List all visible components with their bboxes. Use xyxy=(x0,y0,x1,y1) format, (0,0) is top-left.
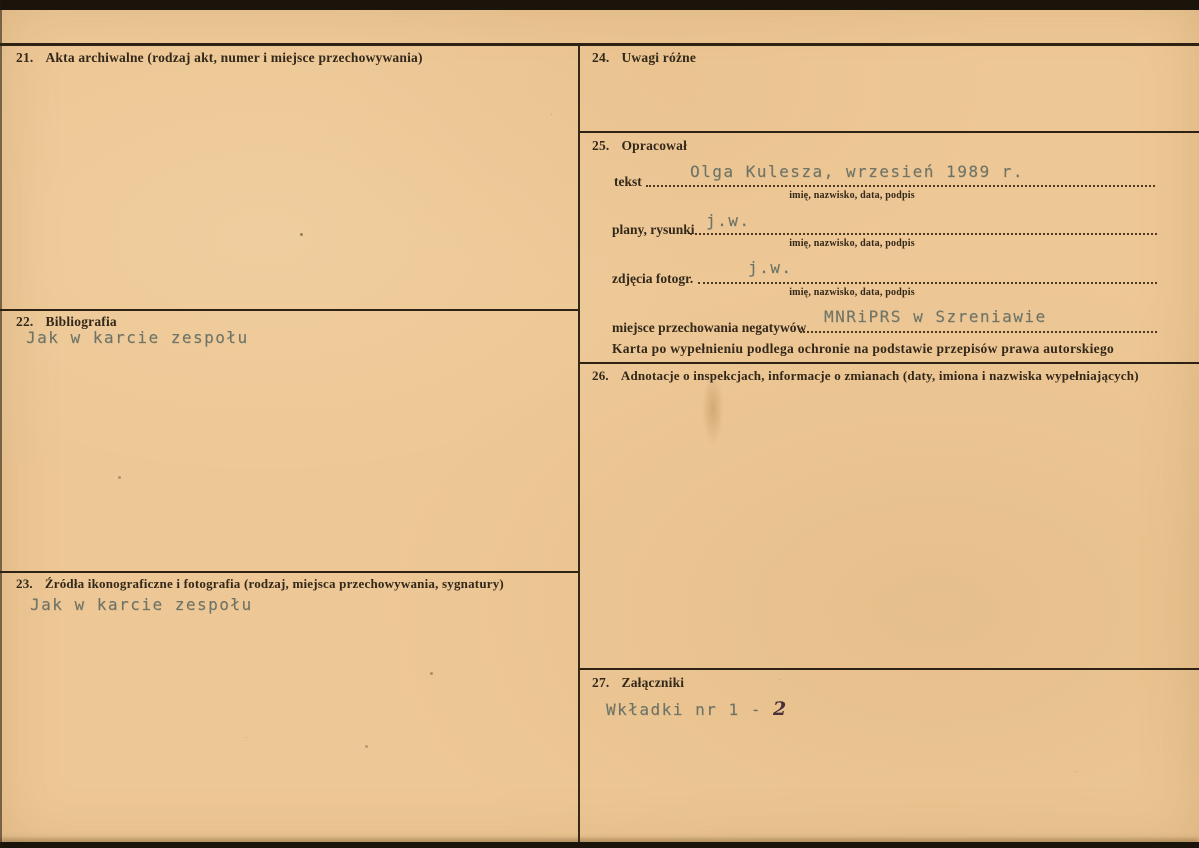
section-25-header: 25.Opracował xyxy=(592,138,687,154)
field-plany-label: plany, rysunki xyxy=(612,222,695,238)
section-26-number: 26. xyxy=(592,368,609,384)
section-22-entry: Jak w karcie zespołu xyxy=(26,328,249,347)
section-26-rule xyxy=(580,362,1199,364)
section-23-label: Źródła ikonograficzne i fotografia (rodz… xyxy=(45,576,504,591)
field-negatywy-value: MNRiPRS w Szreniawie xyxy=(824,307,1047,326)
section-23-entry: Jak w karcie zespołu xyxy=(30,595,253,614)
section-27-entry-typed: Wkładki nr 1 - xyxy=(606,700,762,719)
section-21-header: 21.Akta archiwalne (rodzaj akt, numer i … xyxy=(16,50,423,66)
section-25-label: Opracował xyxy=(621,138,687,153)
paper-speckles xyxy=(300,233,303,236)
scan-edge-bottom xyxy=(0,842,1199,848)
section-22-label: Bibliografia xyxy=(45,314,116,329)
section-21-label: Akta archiwalne (rodzaj akt, numer i mie… xyxy=(45,50,422,65)
section-27-number: 27. xyxy=(592,675,609,691)
section-25-rule xyxy=(580,131,1199,133)
section-23-number: 23. xyxy=(16,576,33,592)
field-zdjecia-value: j.w. xyxy=(748,258,793,277)
section-27-rule xyxy=(580,668,1199,670)
column-divider xyxy=(578,46,580,842)
section-27-label: Załączniki xyxy=(621,675,684,690)
section-27-entry: Wkładki nr 1 - 2 xyxy=(606,698,786,720)
field-tekst-label: tekst xyxy=(614,174,642,190)
copyright-notice: Karta po wypełnieniu podlega ochronie na… xyxy=(612,341,1114,357)
section-23-rule xyxy=(0,571,578,573)
section-27-header: 27.Załączniki xyxy=(592,675,684,691)
scan-edge-top xyxy=(0,0,1199,10)
section-24-label: Uwagi różne xyxy=(621,50,696,65)
section-26-header: 26.Adnotacje o inspekcjach, informacje o… xyxy=(592,368,1139,384)
archival-card-scan: 21.Akta archiwalne (rodzaj akt, numer i … xyxy=(0,0,1199,848)
field-zdjecia-caption: imię, nazwisko, data, podpis xyxy=(752,287,952,298)
section-23-header: 23.Źródła ikonograficzne i fotografia (r… xyxy=(16,576,504,592)
section-25-number: 25. xyxy=(592,138,609,154)
field-negatywy-label: miejsce przechowania negatywów xyxy=(612,320,806,336)
scan-edge-left xyxy=(0,0,2,848)
field-plany-line xyxy=(690,219,1157,235)
field-tekst-value: Olga Kulesza, wrzesień 1989 r. xyxy=(690,162,1024,181)
section-26-label: Adnotacje o inspekcjach, informacje o zm… xyxy=(621,368,1139,383)
field-plany-caption: imię, nazwisko, data, podpis xyxy=(752,238,952,249)
section-22-rule xyxy=(0,309,578,311)
top-rule xyxy=(0,43,1199,46)
section-24-header: 24.Uwagi różne xyxy=(592,50,696,66)
field-tekst-caption: imię, nazwisko, data, podpis xyxy=(752,190,952,201)
field-zdjecia-label: zdjęcia fotogr. xyxy=(612,271,693,287)
section-21-number: 21. xyxy=(16,50,33,66)
section-27-entry-handwritten: 2 xyxy=(773,698,786,720)
field-plany-value: j.w. xyxy=(706,211,751,230)
section-24-number: 24. xyxy=(592,50,609,66)
